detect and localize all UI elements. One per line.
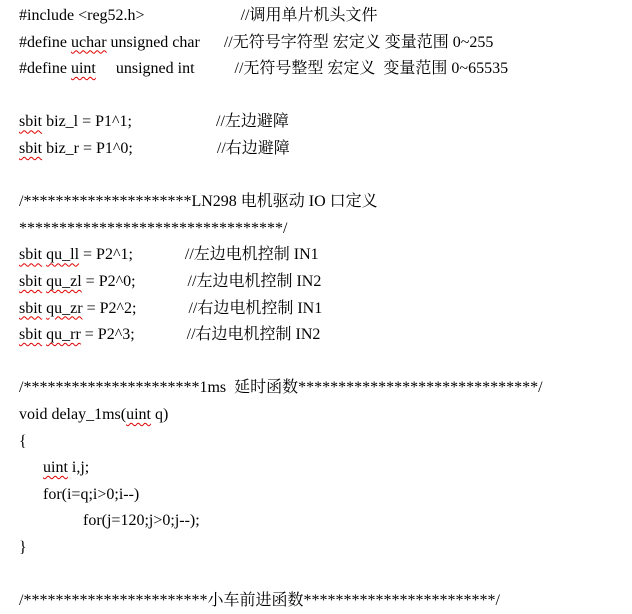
blank-line — [19, 163, 632, 190]
misspelled-word: sbit — [19, 273, 42, 290]
code-text: = P2^1; //左边电机控制 IN1 — [79, 246, 319, 263]
code-text: /**********************1ms 延时函数*********… — [19, 379, 543, 396]
code-text: q) — [151, 406, 168, 423]
misspelled-word: uint — [71, 60, 96, 77]
code-line: #include <reg52.h> //调用单片机头文件 — [19, 3, 632, 30]
code-text: } — [19, 539, 27, 556]
code-text: i,j; — [68, 459, 89, 476]
misspelled-word: sbit — [19, 246, 42, 263]
misspelled-word: qu_ll — [46, 246, 79, 263]
code-line: /***********************小车前进函数**********… — [19, 588, 632, 614]
blank-line — [19, 83, 632, 110]
code-line: sbit qu_zr = P2^2; //右边电机控制 IN1 — [19, 296, 632, 323]
code-text: #define — [19, 34, 71, 51]
code-text: /***********************小车前进函数**********… — [19, 592, 500, 609]
misspelled-word: sbit — [19, 326, 42, 343]
blank-line — [19, 349, 632, 376]
blank-line — [19, 561, 632, 588]
code-line: } — [19, 535, 632, 562]
code-text: biz_r = P1^0; //右边避障 — [42, 140, 290, 157]
code-line: sbit qu_ll = P2^1; //左边电机控制 IN1 — [19, 242, 632, 269]
word-document-page: #include <reg52.h> //调用单片机头文件#define uch… — [0, 0, 632, 614]
code-line: /*********************LN298 电机驱动 IO 口定义 — [19, 189, 632, 216]
code-text: void delay_1ms( — [19, 406, 126, 423]
misspelled-word: uchar — [71, 34, 107, 51]
code-text: { — [19, 433, 27, 450]
code-line: sbit qu_zl = P2^0; //左边电机控制 IN2 — [19, 269, 632, 296]
code-line: #define uchar unsigned char //无符号字符型 宏定义… — [19, 30, 632, 57]
code-line: sbit qu_rr = P2^3; //右边电机控制 IN2 — [19, 322, 632, 349]
code-text: unsigned int //无符号整型 宏定义 变量范围 0~65535 — [96, 60, 508, 77]
code-text: #include <reg52.h> — [19, 7, 145, 24]
code-text: *********************************/ — [19, 220, 287, 237]
code-text — [19, 459, 43, 476]
code-line: sbit biz_l = P1^1; //左边避障 — [19, 109, 632, 136]
misspelled-word: qu_zl — [46, 273, 82, 290]
code-text: for(i=q;i>0;i--) — [19, 486, 139, 503]
misspelled-word: sbit — [19, 113, 42, 130]
code-text: = P2^3; //右边电机控制 IN2 — [81, 326, 321, 343]
code-line: sbit biz_r = P1^0; //右边避障 — [19, 136, 632, 163]
code-line: *********************************/ — [19, 216, 632, 243]
code-text — [145, 7, 241, 24]
code-line: /**********************1ms 延时函数*********… — [19, 375, 632, 402]
code-text: //调用单片机头文件 — [241, 7, 378, 24]
misspelled-word: qu_zr — [46, 300, 82, 317]
code-line: #define uint unsigned int //无符号整型 宏定义 变量… — [19, 56, 632, 83]
misspelled-word: sbit — [19, 300, 42, 317]
code-line: { — [19, 429, 632, 456]
code-text: biz_l = P1^1; //左边避障 — [42, 113, 289, 130]
code-text: #define — [19, 60, 71, 77]
code-line: for(i=q;i>0;i--) — [19, 482, 632, 509]
misspelled-word: qu_rr — [46, 326, 81, 343]
code-text: /*********************LN298 电机驱动 IO 口定义 — [19, 193, 378, 210]
code-line: uint i,j; — [19, 455, 632, 482]
code-line: void delay_1ms(uint q) — [19, 402, 632, 429]
misspelled-word: sbit — [19, 140, 42, 157]
code-text: = P2^0; //左边电机控制 IN2 — [82, 273, 322, 290]
code-text: for(j=120;j>0;j--); — [19, 512, 200, 529]
code-text: = P2^2; //右边电机控制 IN1 — [83, 300, 323, 317]
misspelled-word: uint — [126, 406, 151, 423]
code-text: unsigned char //无符号字符型 宏定义 变量范围 0~255 — [107, 34, 494, 51]
code-line: for(j=120;j>0;j--); — [19, 508, 632, 535]
misspelled-word: uint — [43, 459, 68, 476]
